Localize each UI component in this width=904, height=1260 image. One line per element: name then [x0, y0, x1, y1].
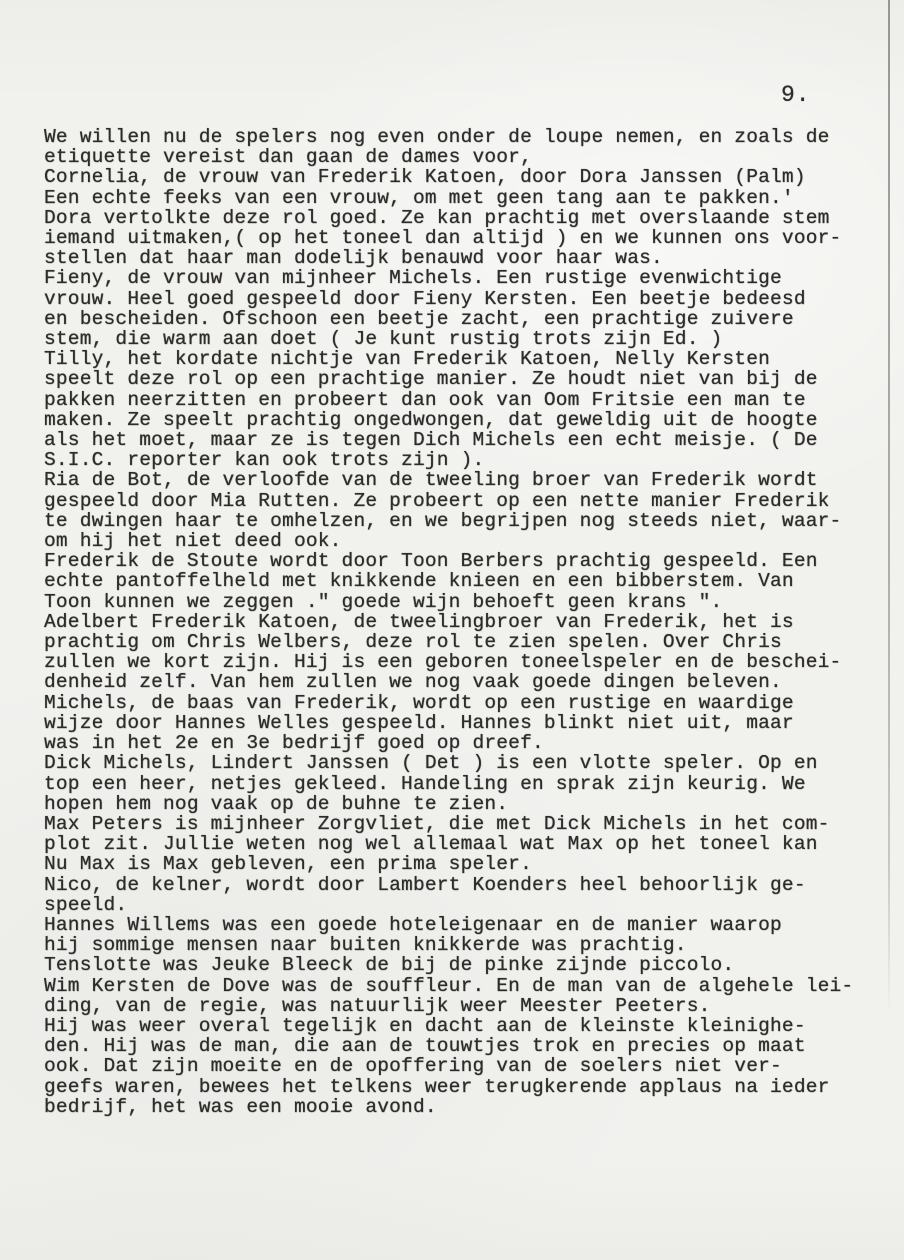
- text-line: Nu Max is Max gebleven, een prima speler…: [44, 854, 890, 874]
- text-line: geefs waren, bewees het telkens weer ter…: [44, 1077, 890, 1097]
- text-line: Frederik de Stoute wordt door Toon Berbe…: [44, 551, 890, 571]
- text-line: We willen nu de spelers nog even onder d…: [44, 127, 890, 147]
- text-line: den. Hij was de man, die aan de touwtjes…: [44, 1036, 890, 1056]
- scanned-page: 9. We willen nu de spelers nog even onde…: [0, 0, 904, 1260]
- scan-edge-line: [888, 0, 890, 1015]
- text-line: Tenslotte was Jeuke Bleeck de bij de pin…: [44, 955, 890, 975]
- text-line: stellen dat haar man dodelijk benauwd vo…: [44, 248, 890, 268]
- text-line: te dwingen haar te omhelzen, en we begri…: [44, 511, 890, 531]
- text-line: en bescheiden. Ofschoon een beetje zacht…: [44, 309, 890, 329]
- text-line: Dora vertolkte deze rol goed. Ze kan pra…: [44, 208, 890, 228]
- text-line: Cornelia, de vrouw van Frederik Katoen, …: [44, 167, 890, 187]
- text-line: Nico, de kelner, wordt door Lambert Koen…: [44, 875, 890, 895]
- text-line: denheid zelf. Van hem zullen we nog vaak…: [44, 672, 890, 692]
- text-line: Max Peters is mijnheer Zorgvliet, die me…: [44, 814, 890, 834]
- text-line: etiquette vereist dan gaan de dames voor…: [44, 147, 890, 167]
- text-line: top een heer, netjes gekleed. Handeling …: [44, 774, 890, 794]
- text-line: als het moet, maar ze is tegen Dich Mich…: [44, 430, 890, 450]
- text-line: hij sommige mensen naar buiten knikkerde…: [44, 935, 890, 955]
- text-line: pakken neerzitten en probeert dan ook va…: [44, 390, 890, 410]
- text-line: stem, die warm aan doet ( Je kunt rustig…: [44, 329, 890, 349]
- text-line: maken. Ze speelt prachtig ongedwongen, d…: [44, 410, 890, 430]
- text-line: om hij het niet deed ook.: [44, 531, 890, 551]
- text-line: ook. Dat zijn moeite en de opoffering va…: [44, 1056, 890, 1076]
- text-line: Tilly, het kordate nichtje van Frederik …: [44, 349, 890, 369]
- text-line: Fieny, de vrouw van mijnheer Michels. Ee…: [44, 268, 890, 288]
- text-line: Wim Kersten de Dove was de souffleur. En…: [44, 976, 890, 996]
- page-number: 9.: [781, 82, 811, 108]
- text-line: speelt deze rol op een prachtige manier.…: [44, 369, 890, 389]
- text-line: ding, van de regie, was natuurlijk weer …: [44, 996, 890, 1016]
- text-line: vrouw. Heel goed gespeeld door Fieny Ker…: [44, 289, 890, 309]
- text-line: wijze door Hannes Welles gespeeld. Hanne…: [44, 713, 890, 733]
- text-line: prachtig om Chris Welbers, deze rol te z…: [44, 632, 890, 652]
- text-line: hopen hem nog vaak op de buhne te zien.: [44, 794, 890, 814]
- text-line: Toon kunnen we zeggen ." goede wijn beho…: [44, 592, 890, 612]
- text-line: Dick Michels, Lindert Janssen ( Det ) is…: [44, 753, 890, 773]
- text-line: Adelbert Frederik Katoen, de tweelingbro…: [44, 612, 890, 632]
- document-body: We willen nu de spelers nog even onder d…: [44, 127, 890, 1117]
- text-line: S.I.C. reporter kan ook trots zijn ).: [44, 450, 890, 470]
- text-line: echte pantoffelheld met knikkende knieen…: [44, 571, 890, 591]
- text-line: Ria de Bot, de verloofde van de tweeling…: [44, 470, 890, 490]
- text-line: Michels, de baas van Frederik, wordt op …: [44, 693, 890, 713]
- text-line: plot zit. Jullie weten nog wel allemaal …: [44, 834, 890, 854]
- text-line: Hannes Willems was een goede hoteleigena…: [44, 915, 890, 935]
- text-line: was in het 2e en 3e bedrijf goed op dree…: [44, 733, 890, 753]
- text-line: zullen we kort zijn. Hij is een geboren …: [44, 652, 890, 672]
- text-line: Een echte feeks van een vrouw, om met ge…: [44, 188, 890, 208]
- text-line: Hij was weer overal tegelijk en dacht aa…: [44, 1016, 890, 1036]
- text-line: gespeeld door Mia Rutten. Ze probeert op…: [44, 491, 890, 511]
- text-line: iemand uitmaken,( op het toneel dan alti…: [44, 228, 890, 248]
- text-line: bedrijf, het was een mooie avond.: [44, 1097, 890, 1117]
- text-line: speeld.: [44, 895, 890, 915]
